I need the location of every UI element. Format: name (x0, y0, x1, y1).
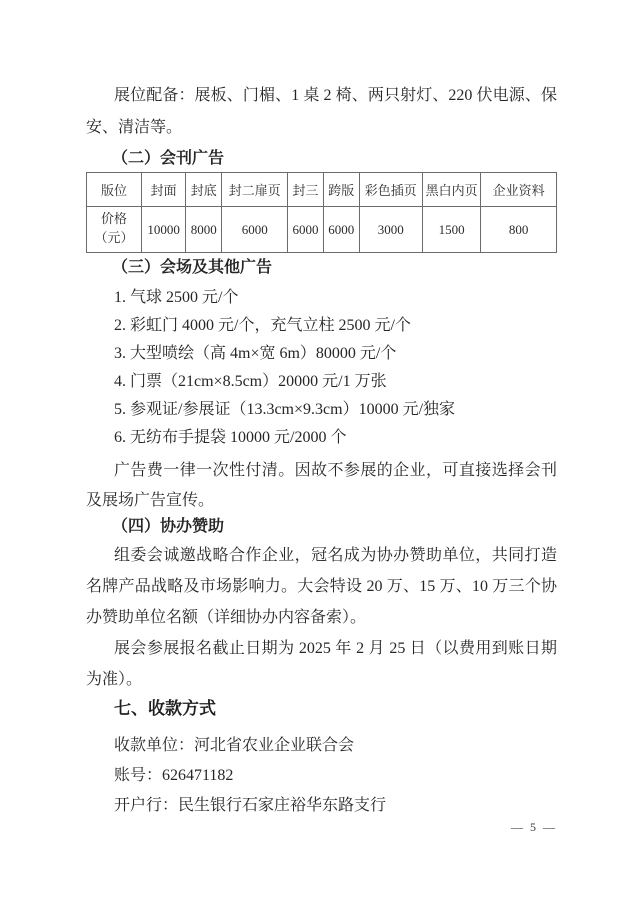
list-item-tickets: 4. 门票（21cm×8.5cm）20000 元/1 万张 (86, 368, 557, 396)
table-price-cell: 8000 (186, 207, 222, 253)
table-header-row: 版位 封面 封底 封二扉页 封三 跨版 彩色插页 黑白内页 企业资料 (87, 173, 557, 207)
table-row-label: 价格 （元） (87, 207, 142, 253)
list-item-inkjet-banner: 3. 大型喷绘（高 4m×宽 6m）80000 元/个 (86, 340, 557, 368)
table-header-cell: 封三 (288, 173, 324, 207)
payment-account-line: 账号：626471182 (86, 761, 557, 791)
list-item-rainbow-gate: 2. 彩虹门 4000 元/个，充气立柱 2500 元/个 (86, 312, 557, 340)
table-price-row: 价格 （元） 10000 8000 6000 6000 6000 3000 15… (87, 207, 557, 253)
payment-bank-line: 开户行：民生银行石家庄裕华东路支行 (86, 791, 557, 821)
venue-ads-list: 1. 气球 2500 元/个 2. 彩虹门 4000 元/个，充气立柱 2500… (86, 284, 557, 452)
journal-ad-price-table: 版位 封面 封底 封二扉页 封三 跨版 彩色插页 黑白内页 企业资料 价格 （元… (86, 172, 557, 253)
heading-section-4-sponsorship: （四）协办赞助 (86, 516, 557, 538)
table-header-cell: 企业资料 (481, 173, 557, 207)
list-item-visitor-badge: 5. 参观证/参展证（13.3cm×9.3cm）10000 元/独家 (86, 396, 557, 424)
table-header-cell: 版位 (87, 173, 142, 207)
table-price-cell: 3000 (359, 207, 422, 253)
heading-section-7-payment-method: 七、收款方式 (86, 697, 557, 721)
table-header-cell: 封面 (141, 173, 185, 207)
table-price-cell: 10000 (141, 207, 185, 253)
heading-section-3-venue-ads: （三）会场及其他广告 (86, 257, 557, 279)
payment-payee-line: 收款单位：河北省农业企业联合会 (86, 731, 557, 761)
table-header-cell: 黑白内页 (423, 173, 481, 207)
list-item-tote-bag: 6. 无纺布手提袋 10000 元/2000 个 (86, 424, 557, 452)
page-content: 展位配备：展板、门楣、1 桌 2 椅、两只射灯、220 伏电源、保安、清洁等。 … (86, 80, 557, 821)
table-header-cell: 封底 (186, 173, 222, 207)
table-header-cell: 彩色插页 (359, 173, 422, 207)
paragraph-sponsorship: 组委会诚邀战略合作企业，冠名成为协办赞助单位，共同打造名牌产品战略及市场影响力。… (86, 540, 557, 633)
table-price-cell: 6000 (288, 207, 324, 253)
paragraph-booth-equipment: 展位配备：展板、门楣、1 桌 2 椅、两只射灯、220 伏电源、保安、清洁等。 (86, 80, 557, 144)
heading-section-2-journal-ads: （二）会刊广告 (86, 148, 557, 170)
table-price-cell: 800 (481, 207, 557, 253)
paragraph-ad-payment-note: 广告费一律一次性付清。因故不参展的企业，可直接选择会刊及展场广告宣传。 (86, 456, 557, 516)
table-price-cell: 6000 (222, 207, 288, 253)
document-page: 展位配备：展板、门楣、1 桌 2 椅、两只射灯、220 伏电源、保安、清洁等。 … (0, 0, 635, 898)
table-header-cell: 跨版 (323, 173, 359, 207)
table-price-cell: 6000 (323, 207, 359, 253)
list-item-balloon: 1. 气球 2500 元/个 (86, 284, 557, 312)
table-header-cell: 封二扉页 (222, 173, 288, 207)
page-number: — 5 — (511, 820, 557, 835)
paragraph-registration-deadline: 展会参展报名截止日期为 2025 年 2 月 25 日（以费用到账日期为准）。 (86, 633, 557, 695)
table-price-cell: 1500 (423, 207, 481, 253)
row-label-line1: 价格 (88, 209, 140, 228)
row-label-line2: （元） (88, 228, 140, 247)
